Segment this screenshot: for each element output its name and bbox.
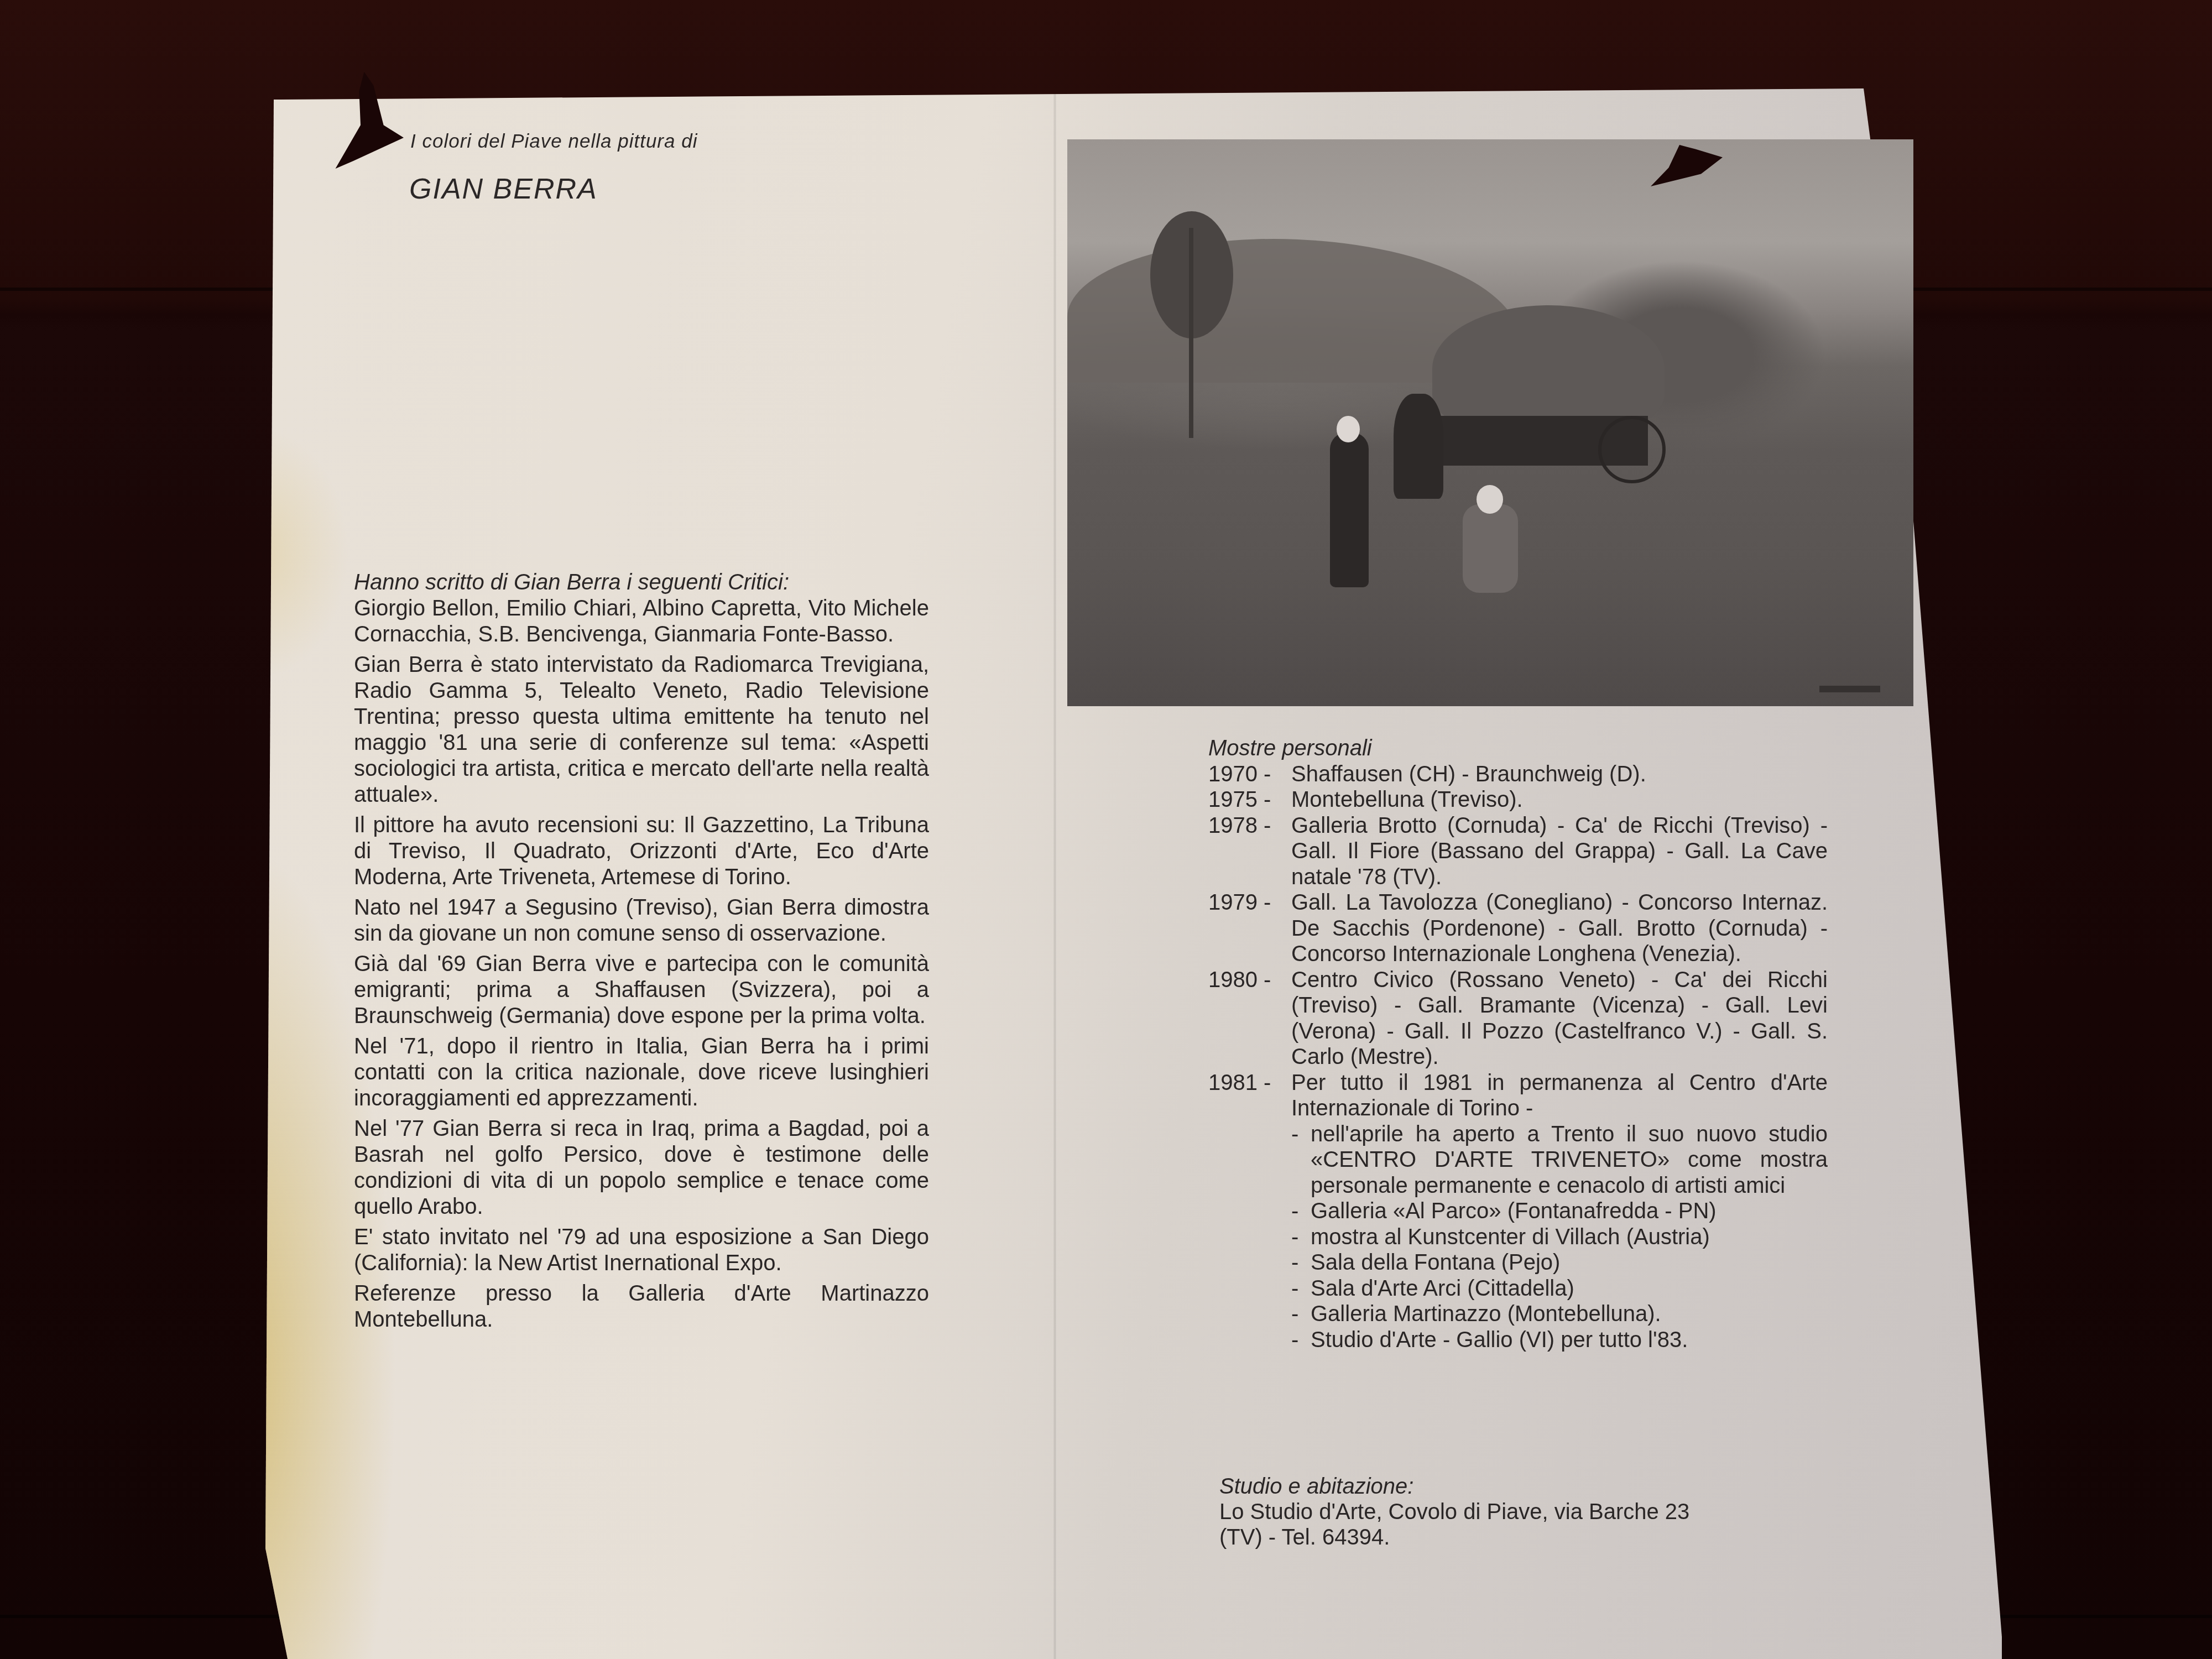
bio-paragraph: Nel '71, dopo il rientro in Italia, Gian… xyxy=(354,1034,929,1112)
exhibition-dash: - xyxy=(1291,1121,1311,1199)
painting-signature xyxy=(1819,686,1880,692)
critics-paragraph: Hanno scritto di Gian Berra i seguenti C… xyxy=(354,570,929,648)
bio-paragraph: Già dal '69 Gian Berra vive e partecipa … xyxy=(354,951,929,1029)
exhibition-sub-entry: -Galleria Martinazzo (Montebelluna). xyxy=(1208,1301,1828,1327)
exhibition-sub-entry: -Sala della Fontana (Pejo) xyxy=(1208,1250,1828,1276)
exhibition-text: Montebelluna (Treviso). xyxy=(1291,787,1828,813)
exhibition-sub-entry: -Galleria «Al Parco» (Fontanafredda - PN… xyxy=(1208,1198,1828,1224)
exhibitions-column: Mostre personali 1970 -Shaffausen (CH) -… xyxy=(1208,735,1828,1353)
exhibition-sub-entry: -nell'aprile ha aperto a Trento il suo n… xyxy=(1208,1121,1828,1199)
exhibition-text: Centro Civico (Rossano Veneto) - Ca' dei… xyxy=(1291,967,1828,1070)
exhibition-dash: - xyxy=(1291,1327,1311,1353)
exhibition-text: Per tutto il 1981 in permanenza al Centr… xyxy=(1291,1070,1828,1121)
exhibition-sub-text: Sala d'Arte Arci (Cittadella) xyxy=(1311,1276,1828,1302)
exhibition-sub-text: Galleria «Al Parco» (Fontanafredda - PN) xyxy=(1311,1198,1828,1224)
bio-paragraph: Nel '77 Gian Berra si reca in Iraq, prim… xyxy=(354,1116,929,1220)
brochure-subtitle: I colori del Piave nella pittura di xyxy=(410,131,697,153)
critics-intro: Hanno scritto di Gian Berra i seguenti C… xyxy=(354,570,929,596)
exhibition-text: Shaffausen (CH) - Braunchweig (D). xyxy=(1291,761,1828,787)
exhibition-year: 1980 - xyxy=(1208,967,1291,1070)
exhibition-entry: 1978 -Galleria Brotto (Cornuda) - Ca' de… xyxy=(1208,813,1828,890)
painting-crouching-figure xyxy=(1463,504,1518,593)
painting-haystack xyxy=(1432,305,1665,432)
exhibition-sub-text: Sala della Fontana (Pejo) xyxy=(1311,1250,1828,1276)
exhibitions-list: 1970 -Shaffausen (CH) - Braunchweig (D).… xyxy=(1208,761,1828,1353)
exhibition-entry: 1981 -Per tutto il 1981 in permanenza al… xyxy=(1208,1070,1828,1121)
exhibition-dash: - xyxy=(1291,1276,1311,1302)
exhibition-entry: 1970 -Shaffausen (CH) - Braunchweig (D). xyxy=(1208,761,1828,787)
bio-paragraph: Il pittore ha avuto recensioni su: Il Ga… xyxy=(354,812,929,890)
studio-address-line: (TV) - Tel. 64394. xyxy=(1219,1525,1855,1550)
studio-address-block: Studio e abitazione: Lo Studio d'Arte, C… xyxy=(1219,1474,1855,1550)
exhibition-dash: - xyxy=(1291,1198,1311,1224)
biography-column: Hanno scritto di Gian Berra i seguenti C… xyxy=(354,570,929,1337)
exhibition-text: Gall. La Tavolozza (Conegliano) - Concor… xyxy=(1291,890,1828,967)
studio-title: Studio e abitazione: xyxy=(1219,1474,1855,1499)
exhibition-year: 1975 - xyxy=(1208,787,1291,813)
critics-list: Giorgio Bellon, Emilio Chiari, Albino Ca… xyxy=(354,596,929,646)
painting-reproduction xyxy=(1067,139,1913,706)
painting-standing-figure xyxy=(1330,432,1369,587)
exhibition-sub-text: Galleria Martinazzo (Montebelluna). xyxy=(1311,1301,1828,1327)
artist-name-title: GIAN BERRA xyxy=(409,173,598,206)
exhibition-year: 1970 - xyxy=(1208,761,1291,787)
bio-paragraph: Gian Berra è stato intervistato da Radio… xyxy=(354,652,929,808)
bio-paragraph: Nato nel 1947 a Segusino (Treviso), Gian… xyxy=(354,895,929,947)
painting-cart-wheel xyxy=(1598,416,1666,483)
exhibition-sub-entry: -mostra al Kunstcenter di Villach (Austr… xyxy=(1208,1224,1828,1250)
exhibition-sub-entry: -Studio d'Arte - Gallio (VI) per tutto l… xyxy=(1208,1327,1828,1353)
exhibition-sub-text: Studio d'Arte - Gallio (VI) per tutto l'… xyxy=(1311,1327,1828,1353)
painting-tree-trunk xyxy=(1189,228,1193,438)
exhibition-dash: - xyxy=(1291,1250,1311,1276)
bio-paragraph: E' stato invitato nel '79 ad una esposiz… xyxy=(354,1224,929,1276)
exhibition-sub-text: mostra al Kunstcenter di Villach (Austri… xyxy=(1311,1224,1828,1250)
exhibition-sub-entry: -Sala d'Arte Arci (Cittadella) xyxy=(1208,1276,1828,1302)
exhibition-dash: - xyxy=(1291,1301,1311,1327)
exhibition-year: 1978 - xyxy=(1208,813,1291,890)
exhibition-entry: 1979 -Gall. La Tavolozza (Conegliano) - … xyxy=(1208,890,1828,967)
exhibition-sub-text: nell'aprile ha aperto a Trento il suo nu… xyxy=(1311,1121,1828,1199)
painting-horse xyxy=(1394,394,1443,499)
bio-paragraph: Referenze presso la Galleria d'Arte Mart… xyxy=(354,1281,929,1333)
painting-crouching-figure-head xyxy=(1477,485,1503,514)
studio-address-line: Lo Studio d'Arte, Covolo di Piave, via B… xyxy=(1219,1499,1855,1525)
exhibition-dash: - xyxy=(1291,1224,1311,1250)
exhibition-entry: 1980 -Centro Civico (Rossano Veneto) - C… xyxy=(1208,967,1828,1070)
exhibition-year: 1981 - xyxy=(1208,1070,1291,1121)
exhibition-year: 1979 - xyxy=(1208,890,1291,967)
exhibitions-title: Mostre personali xyxy=(1208,735,1828,761)
exhibition-text: Galleria Brotto (Cornuda) - Ca' de Ricch… xyxy=(1291,813,1828,890)
painting-standing-figure-head xyxy=(1337,416,1360,442)
brochure-fold-line xyxy=(1053,94,1057,1659)
exhibition-entry: 1975 -Montebelluna (Treviso). xyxy=(1208,787,1828,813)
